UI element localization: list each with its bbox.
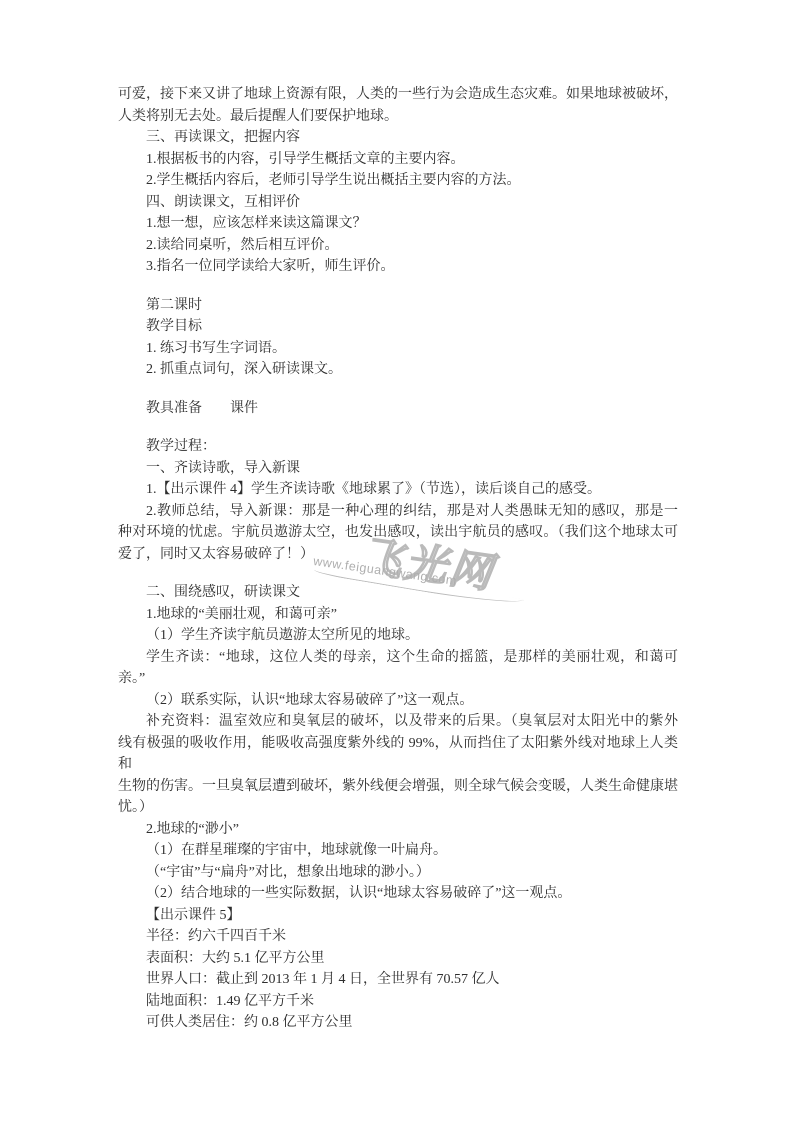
text-line: 半径：约六千四百千米 <box>118 926 678 948</box>
text-line: 教具准备 课件 <box>118 398 678 420</box>
text-line: 1. 练习书写生字词语。 <box>118 338 678 360</box>
text-line: 第二课时 <box>118 295 678 317</box>
blank-line <box>118 419 678 436</box>
text-line: 1.根据板书的内容，引导学生概括文章的主要内容。 <box>118 149 678 171</box>
text-line: 2.教师总结，导入新课：那是一种心理的纠结，那是对人类愚昧无知的感叹，那是一 <box>118 501 678 523</box>
text-line: 陆地面积：1.49 亿平方千米 <box>118 991 678 1013</box>
text-line: 爱了，同时又太容易破碎了！） <box>118 544 678 566</box>
text-line: （1）在群星璀璨的宇宙中，地球就像一叶扁舟。 <box>118 840 678 862</box>
text-line: 三、再读课文，把握内容 <box>118 127 678 149</box>
text-line: 二、围绕感叹，研读课文 <box>118 582 678 604</box>
text-line: 四、朗读课文，互相评价 <box>118 192 678 214</box>
blank-line <box>118 381 678 398</box>
text-line: 生物的伤害。一旦臭氧层遭到破坏，紫外线便会增强，则全球气候会变暖，人类生命健康堪 <box>118 776 678 798</box>
document-body: 可爱，接下来又讲了地球上资源有限，人类的一些行为会造成生态灾难。如果地球被破坏，… <box>118 84 678 1034</box>
text-line: 一、齐读诗歌，导入新课 <box>118 458 678 480</box>
document-page: 可爱，接下来又讲了地球上资源有限，人类的一些行为会造成生态灾难。如果地球被破坏，… <box>0 0 793 1122</box>
text-line: 线有极强的吸收作用，能吸收高强度紫外线的 99%，从而挡住了太阳紫外线对地球上人… <box>118 733 678 776</box>
text-line: 可爱，接下来又讲了地球上资源有限，人类的一些行为会造成生态灾难。如果地球被破坏， <box>118 84 678 106</box>
text-line: 【出示课件 5】 <box>118 905 678 927</box>
blank-line <box>118 278 678 295</box>
text-line: 种对环境的忧虑。宇航员遨游太空，也发出感叹，读出宇航员的感叹。（我们这个地球太可 <box>118 522 678 544</box>
text-line: 教学过程： <box>118 436 678 458</box>
text-line: 亲。” <box>118 668 678 690</box>
text-line: 世界人口：截止到 2013 年 1 月 4 日，全世界有 70.57 亿人 <box>118 969 678 991</box>
text-line: 补充资料：温室效应和臭氧层的破坏，以及带来的后果。（臭氧层对太阳光中的紫外 <box>118 711 678 733</box>
text-line: 人类将别无去处。最后提醒人们要保护地球。 <box>118 106 678 128</box>
blank-line <box>118 565 678 582</box>
text-line: （2）结合地球的一些实际数据，认识“地球太容易破碎了”这一观点。 <box>118 883 678 905</box>
text-line: 1.想一想，应该怎样来读这篇课文？ <box>118 213 678 235</box>
text-line: （1）学生齐读宇航员遨游太空所见的地球。 <box>118 625 678 647</box>
text-line: （“宇宙”与“扁舟”对比，想象出地球的渺小。） <box>118 862 678 884</box>
text-line: 2. 抓重点词句，深入研读课文。 <box>118 359 678 381</box>
text-line: 1.【出示课件 4】学生齐读诗歌《地球累了》（节选），读后谈自己的感受。 <box>118 479 678 501</box>
text-line: 1.地球的“美丽壮观，和蔼可亲” <box>118 604 678 626</box>
text-line: 可供人类居住：约 0.8 亿平方公里 <box>118 1012 678 1034</box>
text-line: 2.学生概括内容后，老师引导学生说出概括主要内容的方法。 <box>118 170 678 192</box>
text-line: 2.地球的“渺小” <box>118 819 678 841</box>
text-line: 教学目标 <box>118 316 678 338</box>
text-line: 学生齐读：“地球，这位人类的母亲，这个生命的摇篮，是那样的美丽壮观，和蔼可 <box>118 647 678 669</box>
text-line: 忧。） <box>118 797 678 819</box>
text-line: 2.读给同桌听，然后相互评价。 <box>118 235 678 257</box>
text-line: 表面积：大约 5.1 亿平方公里 <box>118 948 678 970</box>
text-line: 3.指名一位同学读给大家听，师生评价。 <box>118 256 678 278</box>
text-line: （2）联系实际，认识“地球太容易破碎了”这一观点。 <box>118 690 678 712</box>
